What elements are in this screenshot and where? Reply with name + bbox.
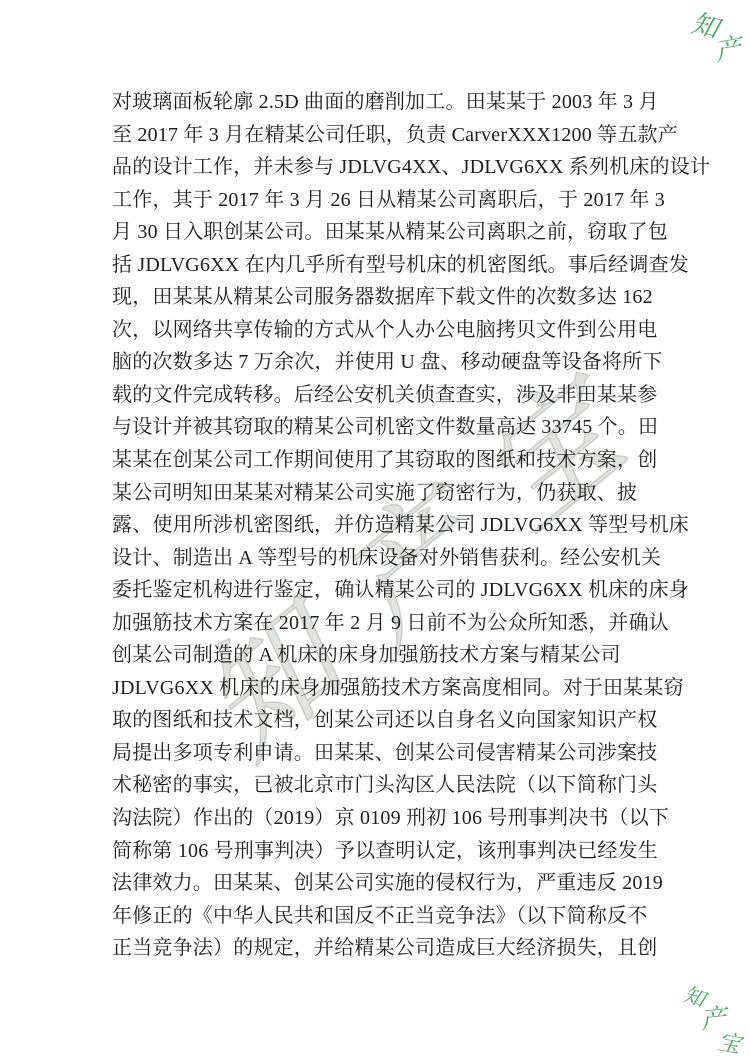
- text-line: 与设计并被其窃取的精某公司机密文件数量高达 33745 个。田: [112, 411, 664, 444]
- text-line: 工作，其于 2017 年 3 月 26 日从精某公司离职后，于 2017 年 3: [112, 184, 664, 217]
- text-line: 委托鉴定机构进行鉴定，确认精某公司的 JDLVG6XX 机床的床身: [112, 574, 664, 607]
- text-line: 某某在创某公司工作期间使用了其窃取的图纸和技术方案，创: [112, 444, 664, 477]
- text-line: 法律效力。田某某、创某公司实施的侵权行为，严重违反 2019: [112, 867, 664, 900]
- stamp-glyph: 产: [711, 26, 744, 69]
- text-line: 简称第 106 号刑事判决）予以查明认定，该刑事判决已经发生: [112, 835, 664, 868]
- text-line: 月 30 日入职创某公司。田某某从精某公司离职之前，窃取了包: [112, 216, 664, 249]
- text-line: 对玻璃面板轮廓 2.5D 曲面的磨削加工。田某某于 2003 年 3 月: [112, 86, 664, 119]
- corner-stamp-top-right: 知 产: [688, 4, 750, 68]
- text-line: 露、使用所涉机密图纸，并仿造精某公司 JDLVG6XX 等型号机床: [112, 509, 664, 542]
- text-line: 取的图纸和技术文档，创某公司还以自身名义向国家知识产权: [112, 704, 664, 737]
- text-line: 创某公司制造的 A 机床的床身加强筋技术方案与精某公司: [112, 639, 664, 672]
- text-line: 至 2017 年 3 月在精某公司任职，负责 CarverXXX1200 等五款…: [112, 119, 664, 152]
- document-page: 知产宝 知 产 知 产 宝 对玻璃面板轮廓 2.5D 曲面的磨削加工。田某某于 …: [0, 0, 750, 1061]
- text-line: 年修正的《中华人民共和国反不正当竞争法》（以下简称反不: [112, 900, 664, 933]
- text-line: JDLVG6XX 机床的床身加强筋技术方案高度相同。对于田某某窃: [112, 672, 664, 705]
- stamp-glyph: 宝: [715, 1023, 743, 1059]
- text-line: 加强筋技术方案在 2017 年 2 月 9 日前不为公众所知悉，并确认: [112, 607, 664, 640]
- text-line: 某公司明知田某某对精某公司实施了窃密行为，仍获取、披: [112, 477, 664, 510]
- text-line: 设计、制造出 A 等型号的机床设备对外销售获利。经公安机关: [112, 542, 664, 575]
- text-line: 载的文件完成转移。后经公安机关侦查查实，涉及非田某某参: [112, 379, 664, 412]
- text-line: 次，以网络共享传输的方式从个人办公电脑拷贝文件到公用电: [112, 314, 664, 347]
- text-line: 沟法院）作出的（2019）京 0109 刑初 106 号刑事判决书（以下: [112, 802, 664, 835]
- text-line: 括 JDLVG6XX 在内几乎所有型号机床的机密图纸。事后经调查发: [112, 249, 664, 282]
- text-line: 局提出多项专利申请。田某某、创某公司侵害精某公司涉案技: [112, 737, 664, 770]
- corner-stamp-bottom-right: 知 产 宝: [684, 981, 750, 1057]
- judgment-text-block: 对玻璃面板轮廓 2.5D 曲面的磨削加工。田某某于 2003 年 3 月 至 2…: [112, 86, 664, 965]
- text-line: 术秘密的事实，已被北京市门头沟区人民法院（以下简称门头: [112, 769, 664, 802]
- text-line: 正当竞争法）的规定，并给精某公司造成巨大经济损失，且创: [112, 932, 664, 965]
- text-line: 现，田某某从精某公司服务器数据库下载文件的次数多达 162: [112, 281, 664, 314]
- text-line: 品的设计工作，并未参与 JDLVG4XX、JDLVG6XX 系列机床的设计: [112, 151, 664, 184]
- text-line: 脑的次数多达 7 万余次，并使用 U 盘、移动硬盘等设备将所下: [112, 346, 664, 379]
